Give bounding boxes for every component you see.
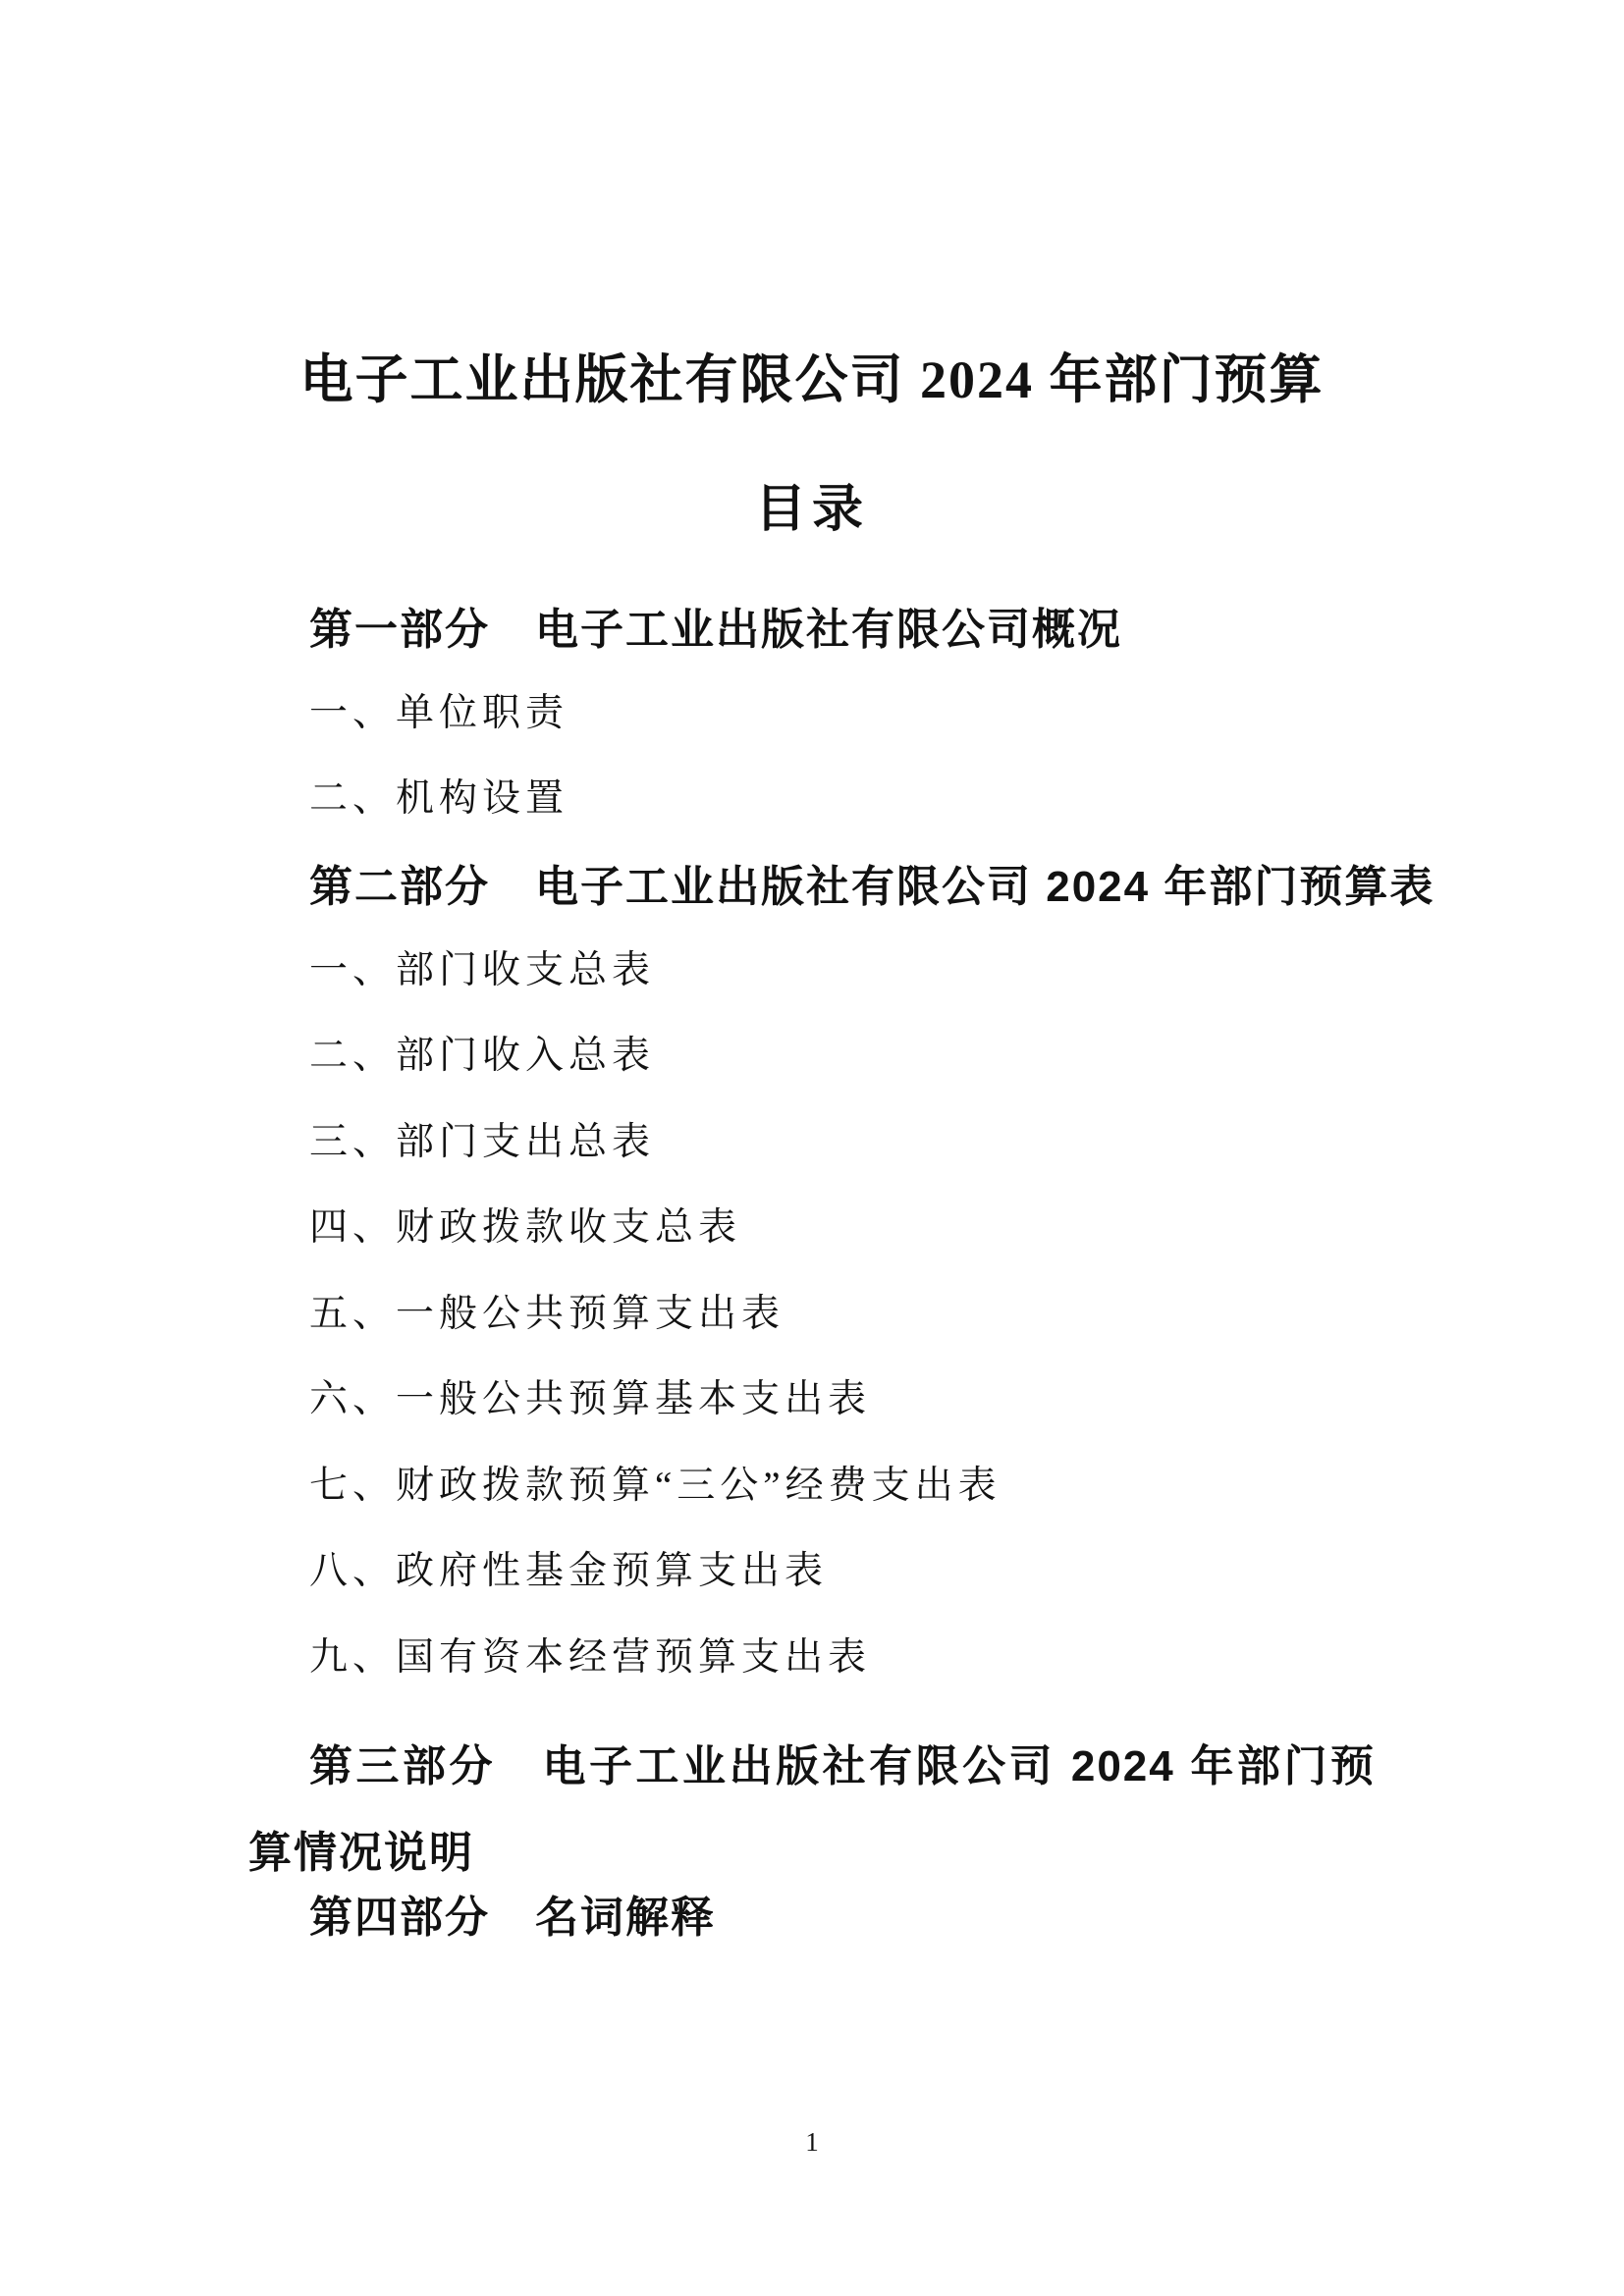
document-title: 电子工业出版社有限公司 2024 年部门预算 <box>0 351 1624 408</box>
toc-item-state-capital-budget-expenditure: 九、国有资本经营预算支出表 <box>309 1637 871 1679</box>
toc-item-revenue-expenditure-summary: 一、部门收支总表 <box>309 950 655 991</box>
toc-item-government-fund-budget-expenditure: 八、政府性基金预算支出表 <box>309 1551 828 1592</box>
toc-item-revenue-summary: 二、部门收入总表 <box>309 1036 655 1077</box>
page-number: 1 <box>0 2128 1624 2157</box>
toc-item-expenditure-summary: 三、部门支出总表 <box>309 1122 655 1163</box>
section-heading-part4: 第四部分 名词解释 <box>309 1895 716 1942</box>
toc-item-general-public-budget-basic-expenditure: 六、一般公共预算基本支出表 <box>309 1379 871 1420</box>
section-heading-part2: 第二部分 电子工业出版社有限公司 2024 年部门预算表 <box>309 864 1435 911</box>
toc-item-general-public-budget-expenditure: 五、一般公共预算支出表 <box>309 1294 785 1335</box>
toc-item-unit-duties: 一、单位职责 <box>309 693 568 734</box>
section-heading-part1: 第一部分 电子工业出版社有限公司概况 <box>309 607 1122 654</box>
document-page: 电子工业出版社有限公司 2024 年部门预算 目录 第一部分 电子工业出版社有限… <box>0 0 1624 2296</box>
section-heading-part3: 第三部分 电子工业出版社有限公司 2024 年部门预算情况说明 <box>248 1724 1376 1896</box>
toc-item-org-structure: 二、机构设置 <box>309 778 568 820</box>
toc-item-three-public-expenses: 七、财政拨款预算“三公”经费支出表 <box>309 1466 1001 1507</box>
toc-heading: 目录 <box>0 483 1624 538</box>
toc-item-fiscal-appropriation-summary: 四、财政拨款收支总表 <box>309 1207 741 1249</box>
